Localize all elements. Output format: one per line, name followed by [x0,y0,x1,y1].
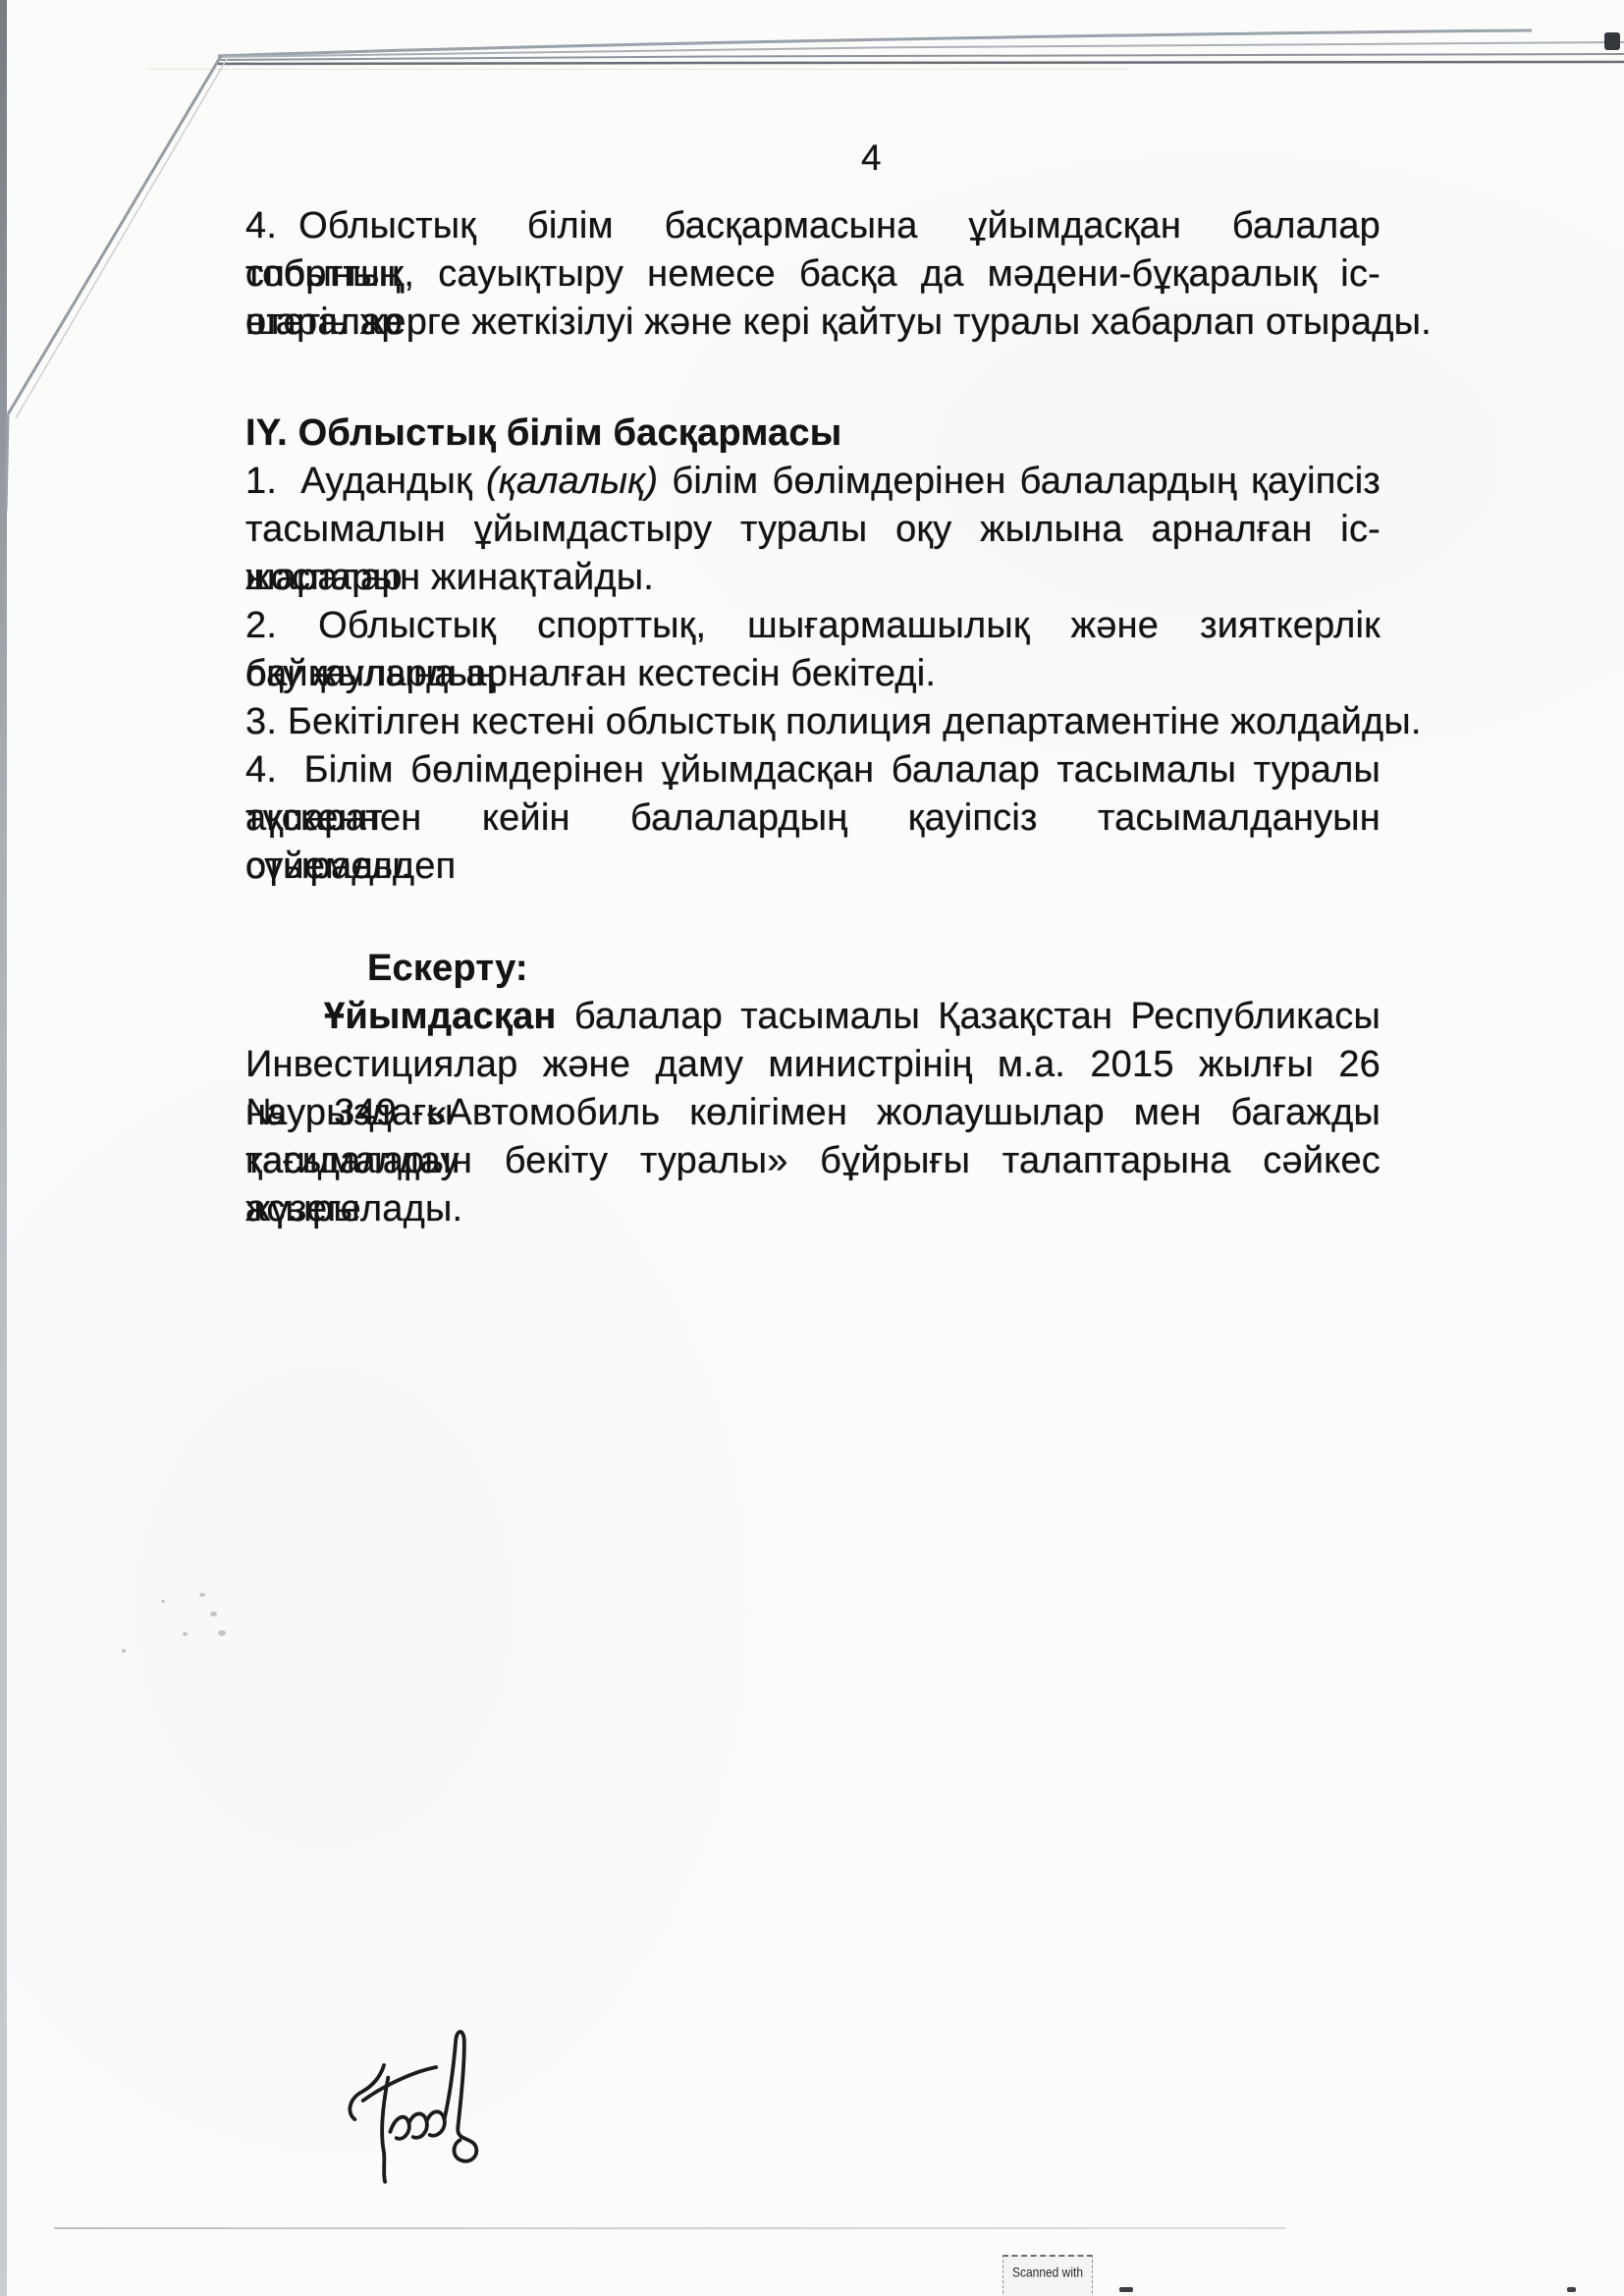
list-item-line: 4. Білім бөлімдерінен ұйымдасқан балалар… [245,746,1380,794]
scan-dust-line [147,69,1129,70]
scanned-with-label: Scanned with [1012,2265,1083,2280]
note-heading: Ескерту: [245,945,1380,993]
scanned-document-page: 4 4.Облыстық білім басқармасына ұйымдасқ… [0,0,1624,2296]
scan-speck [122,1649,126,1653]
list-item-line: түскеннен кейін балалардың қауіпсіз тасы… [245,794,1380,843]
scan-speck [210,1612,217,1616]
list-item-line: 2. Облыстық спорттық, шығармашылық және … [245,602,1380,650]
paragraph-line: спорттық, сауықтыру немесе басқа да мәде… [245,250,1380,299]
spacer [245,347,1380,410]
list-item-text: Аудандық [300,461,472,502]
scan-bottom-line-artifact [54,2227,1286,2229]
note-line: № 349 «Автомобиль көлігімен жолаушылар м… [245,1089,1380,1137]
note-line: Ұйымдасқан балалар тасымалы Қазақстан Ре… [245,993,1380,1041]
spacer [245,891,1380,945]
paragraph-line: 4.Облыстық білім басқармасына ұйымдасқан… [245,202,1380,250]
scan-speck [218,1630,226,1636]
list-item-line: 1. Аудандық (қалалық) білім бөлімдерінен… [245,458,1380,506]
list-item-line: жоспарын жинақтайды. [245,554,1380,602]
scan-speck [199,1593,205,1597]
list-item-line: оқу жылына арналған кестесін бекітеді. [245,650,1380,698]
scan-mark [1567,2287,1576,2292]
list-number: 4. [245,749,277,791]
handwritten-signature [332,2015,504,2187]
note-line: қағидаларын бекіту туралы» бұйрығы талап… [245,1137,1380,1185]
list-item-text-italic: (қалалық) [486,461,658,502]
note-line: Инвестициялар және даму министрінің м.а.… [245,1041,1380,1089]
document-body: 4.Облыстық білім басқармасына ұйымдасқан… [245,202,1380,1233]
note-text-bold: Ұйымдасқан [324,996,557,1037]
list-item-text: білім бөлімдерінен балалардың қауіпсіз [672,461,1380,502]
scan-speck [183,1632,188,1636]
scan-speck [161,1600,165,1603]
scan-mark [1119,2287,1133,2292]
scanned-with-watermark: Scanned with [1002,2255,1093,2296]
scan-left-edge-artifact [0,0,7,2296]
note-line: асырылады. [245,1185,1380,1233]
list-number: 4. [245,205,277,246]
page-number: 4 [861,137,882,179]
list-item-line: 3. Бекітілген кестені облыстық полиция д… [245,698,1380,746]
paragraph-line: өтетін жерге жеткізілуі және кері қайтуы… [245,299,1380,347]
list-item-line: тасымалын ұйымдастыру туралы оқу жылына … [245,506,1380,554]
note-text: балалар тасымалы Қазақстан Республикасы [574,996,1380,1037]
list-number: 1. [245,461,277,502]
section-heading: IY. Облыстық білім басқармасы [245,410,1380,458]
